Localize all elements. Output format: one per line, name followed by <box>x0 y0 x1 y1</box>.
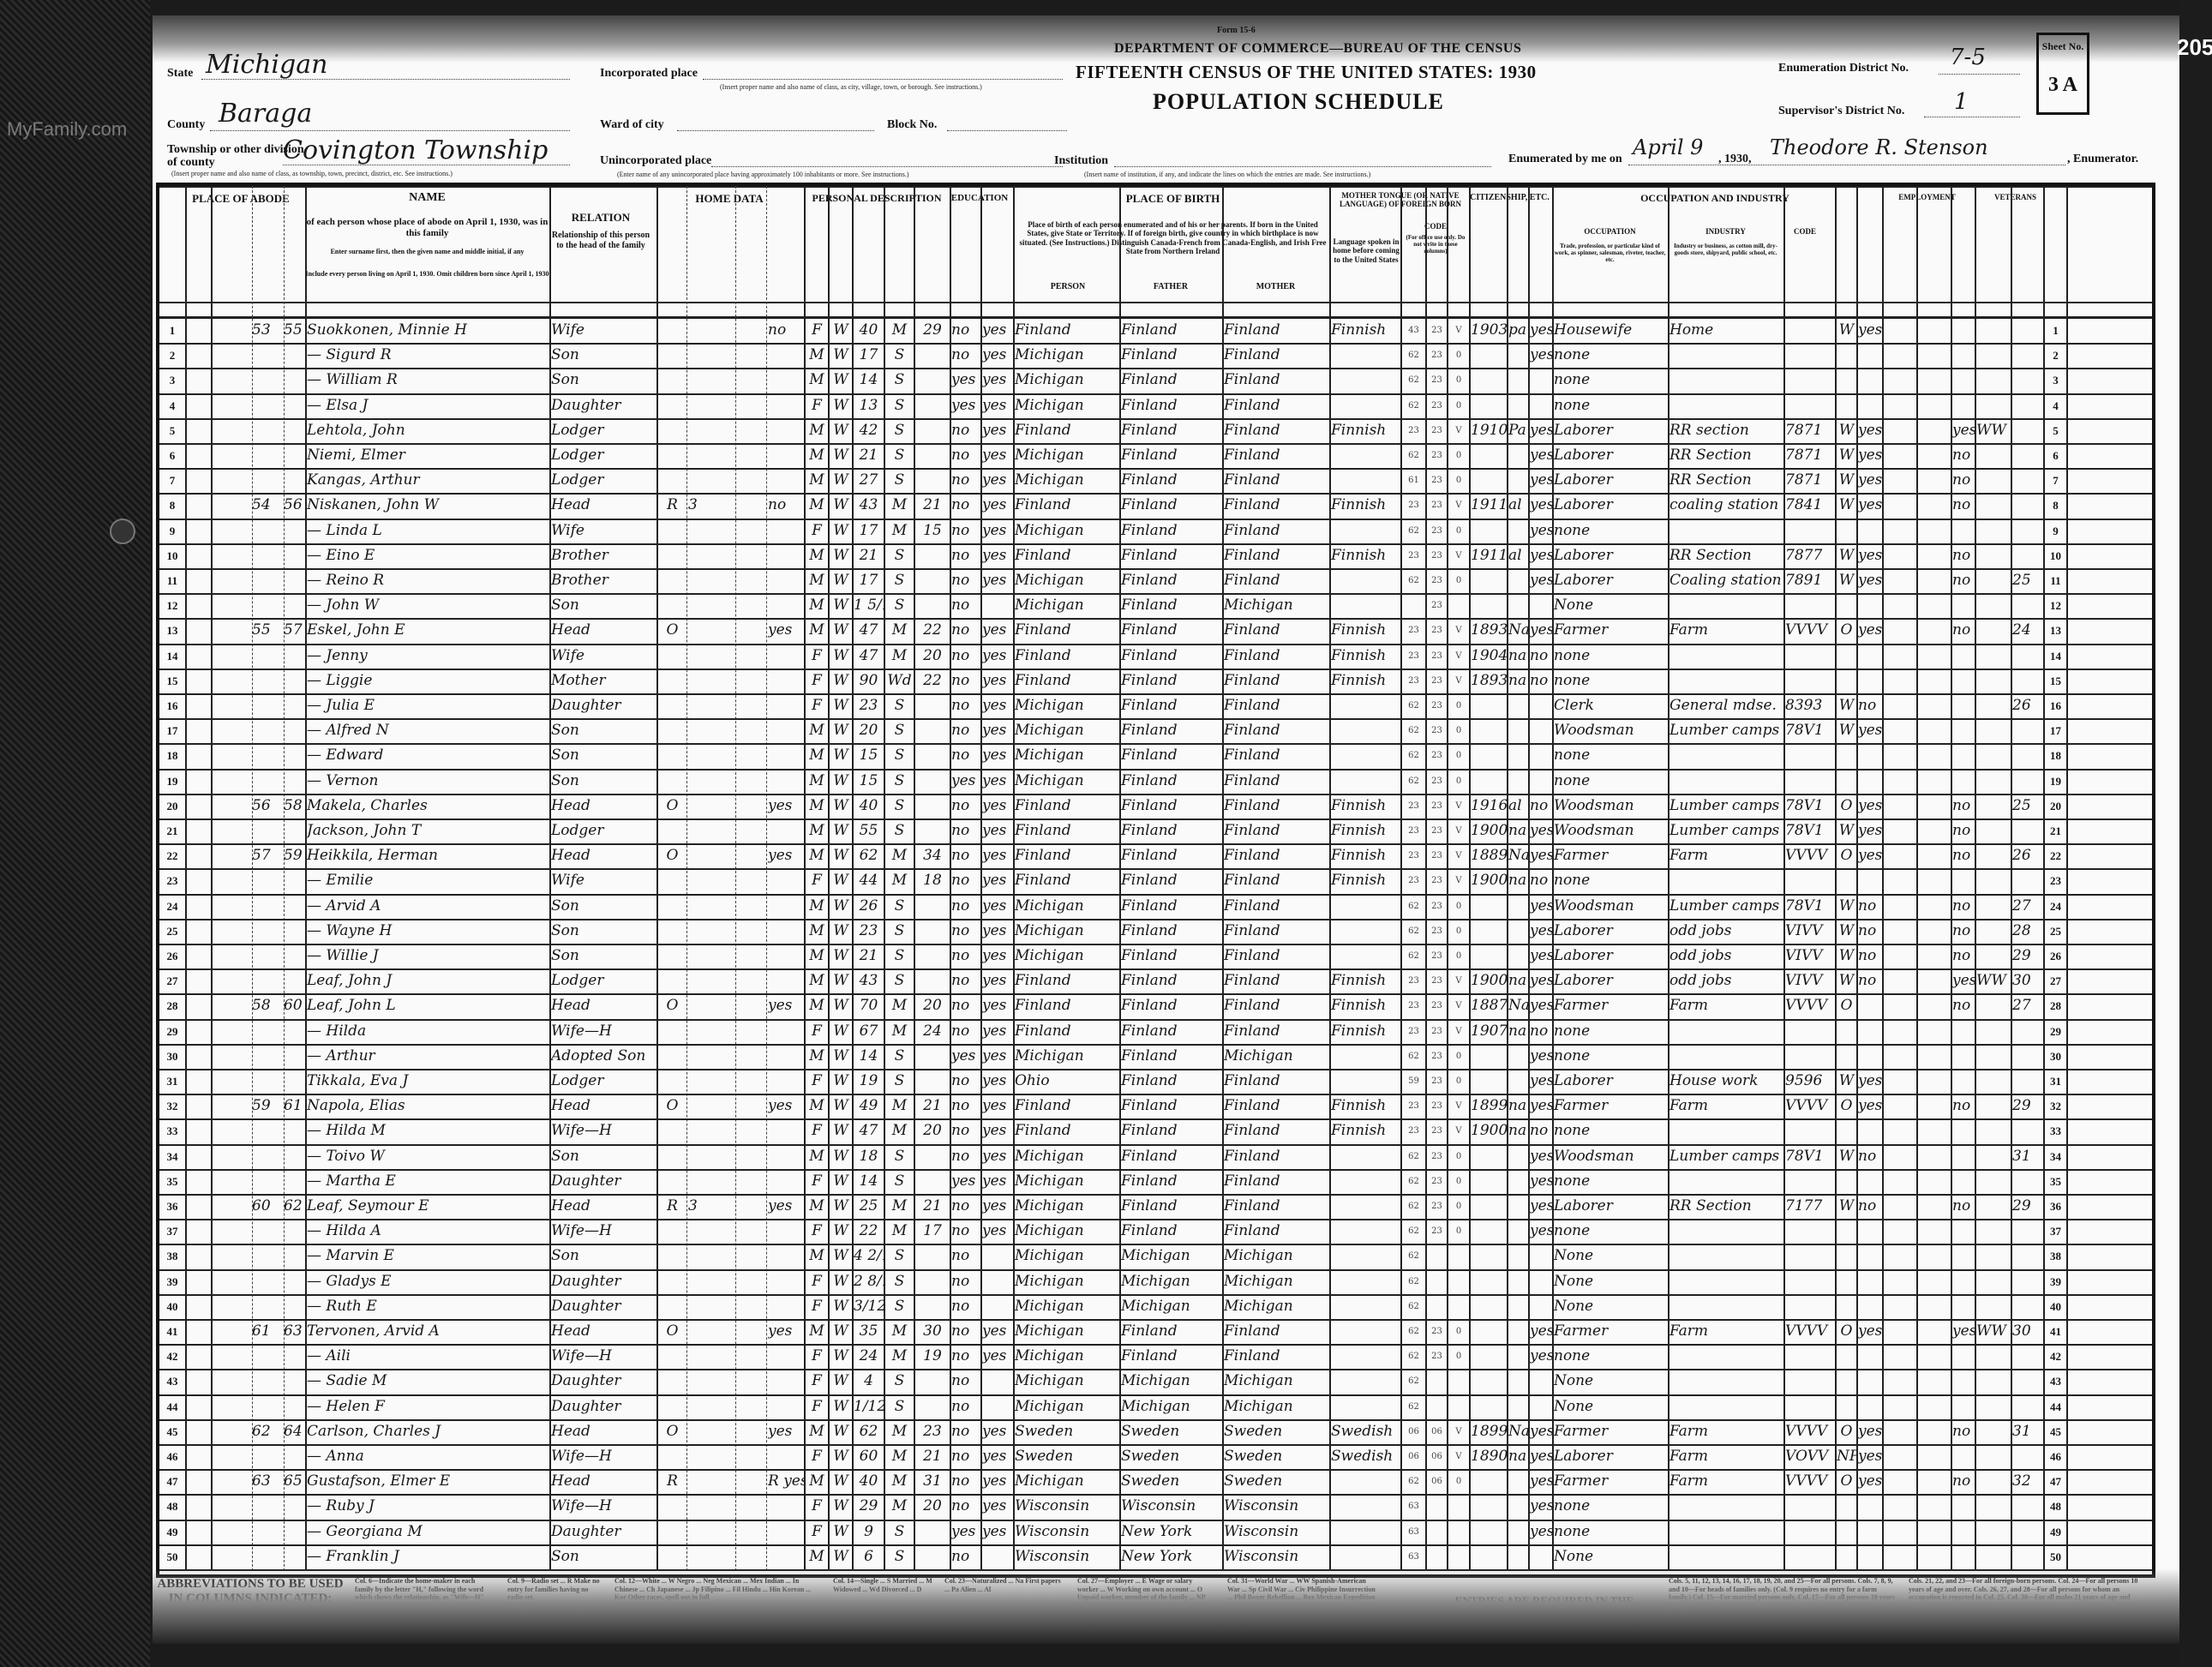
ward-label: Ward of city <box>600 118 664 132</box>
birthplace-father: Michigan <box>1121 1244 1222 1268</box>
employed <box>1858 868 1882 893</box>
birthplace-person: Michigan <box>1015 1194 1119 1219</box>
race: W <box>830 1369 852 1394</box>
occupation: none <box>1554 644 1668 669</box>
institution-note: (Insert name of institution, if any, and… <box>1084 171 1370 178</box>
farm-residence <box>768 519 804 543</box>
mother-tongue: Finnish <box>1331 868 1400 893</box>
employed: yes <box>1858 1444 1882 1469</box>
birthplace-person: Sweden <box>1015 1444 1119 1469</box>
line-number-right: 4 <box>2045 393 2066 418</box>
race: W <box>830 919 852 944</box>
naturalization: na <box>1508 1094 1528 1118</box>
war-service <box>1976 618 2011 643</box>
code-c: V <box>1448 543 1469 568</box>
line-number-right: 40 <box>2045 1294 2066 1319</box>
industry: Farm <box>1669 1419 1783 1444</box>
person-name: — Eino E <box>307 543 549 568</box>
immigration-year <box>1471 693 1507 718</box>
veteran: no <box>1952 493 1975 518</box>
industry-code: 78V1 <box>1785 718 1835 743</box>
dwelling-number: 54 <box>252 493 284 518</box>
line-number: 47 <box>159 1469 185 1494</box>
code-c <box>1448 1294 1469 1319</box>
industry <box>1669 368 1783 393</box>
class-of-worker <box>1837 1019 1856 1044</box>
family-number: 63 <box>284 1319 305 1344</box>
birthplace-mother: Finland <box>1224 669 1329 693</box>
line-number-right: 12 <box>2045 593 2066 618</box>
home-tenure: R <box>658 1194 686 1219</box>
relation: Brother <box>551 568 656 593</box>
occupation: Farmer <box>1554 1319 1668 1344</box>
attended-school: no <box>951 944 980 968</box>
war-service <box>1976 1544 2011 1569</box>
war-service <box>1976 1469 2011 1494</box>
veteran <box>1952 1344 1975 1369</box>
attended-school: yes <box>951 393 980 418</box>
age: 60 <box>854 1444 884 1469</box>
industry: Farm <box>1669 1469 1783 1494</box>
marital-condition: Wd <box>885 669 914 693</box>
home-tenure: R <box>658 493 686 518</box>
county-label: County <box>167 118 205 132</box>
veteran: no <box>1952 568 1975 593</box>
table-row: 85456Niskanen, John WHeadR3noMW43M21noye… <box>159 493 2152 519</box>
person-name: — Wayne H <box>307 919 549 944</box>
attended-school: no <box>951 819 980 843</box>
table-row: 9— Linda LWifeFW17M15noyesMichiganFinlan… <box>159 519 2152 545</box>
farm-schedule-number <box>2012 343 2043 368</box>
table-row: 205658Makela, CharlesHeadOyesMW40SnoyesF… <box>159 794 2152 820</box>
family-number: 57 <box>284 618 305 643</box>
line-number-right: 44 <box>2045 1394 2066 1419</box>
attended-school: no <box>951 644 980 669</box>
code-a: 63 <box>1402 1520 1425 1544</box>
employed <box>1858 519 1882 543</box>
farm-schedule-number: 27 <box>2012 894 2043 919</box>
farm-schedule-number <box>2012 1219 2043 1244</box>
home-tenure <box>658 568 686 593</box>
header-code: CODE <box>1402 222 1469 231</box>
birthplace-father: Finland <box>1121 519 1222 543</box>
sex: M <box>806 894 828 919</box>
code-a: 62 <box>1402 919 1425 944</box>
code-c: 0 <box>1448 1219 1469 1244</box>
sex: M <box>806 593 828 618</box>
age-first-marriage <box>915 443 950 468</box>
sex: M <box>806 618 828 643</box>
birthplace-father: Finland <box>1121 1144 1222 1169</box>
header-industry: INDUSTRY <box>1668 227 1783 236</box>
age-first-marriage <box>915 1144 950 1169</box>
home-value <box>688 1520 735 1544</box>
industry: odd jobs <box>1669 968 1783 993</box>
attended-school: no <box>951 343 980 368</box>
war-service <box>1976 1069 2011 1094</box>
marital-condition: M <box>885 493 914 518</box>
sex: F <box>806 1520 828 1544</box>
immigration-year <box>1471 568 1507 593</box>
line-number: 6 <box>159 443 185 468</box>
speaks-english: no <box>1530 868 1552 893</box>
code-c: V <box>1448 794 1469 819</box>
industry: Lumber camps <box>1669 1144 1783 1169</box>
relation: Daughter <box>551 693 656 718</box>
table-row: 46— AnnaWife—HFW60M21noyesSwedenSwedenSw… <box>159 1444 2152 1471</box>
industry-code: VVVV <box>1785 618 1835 643</box>
person-name: — Anna <box>307 1444 549 1469</box>
code-c: 0 <box>1448 1044 1469 1069</box>
industry-code <box>1785 368 1835 393</box>
home-tenure <box>658 1118 686 1143</box>
birthplace-person: Finland <box>1015 993 1119 1018</box>
dwelling-number <box>252 393 284 418</box>
war-service <box>1976 843 2011 868</box>
birthplace-mother: Finland <box>1224 919 1329 944</box>
line-number-right: 11 <box>2045 568 2066 593</box>
code-c: 0 <box>1448 443 1469 468</box>
birthplace-mother: Finland <box>1224 519 1329 543</box>
veteran: no <box>1952 543 1975 568</box>
code-a <box>1402 593 1425 618</box>
line-number: 18 <box>159 743 185 768</box>
age-first-marriage <box>915 1520 950 1544</box>
veteran: no <box>1952 1194 1975 1219</box>
age-first-marriage <box>915 418 950 443</box>
line-number-right: 19 <box>2045 769 2066 794</box>
immigration-year: 1893 <box>1471 669 1507 693</box>
sex: M <box>806 718 828 743</box>
code-a: 63 <box>1402 1494 1425 1519</box>
naturalization: na <box>1508 1444 1528 1469</box>
radio <box>737 318 766 343</box>
birthplace-mother: Finland <box>1224 1019 1329 1044</box>
line-number: 34 <box>159 1144 185 1169</box>
industry-code <box>1785 1344 1835 1369</box>
speaks-english: yes <box>1530 493 1552 518</box>
naturalization <box>1508 393 1528 418</box>
sex: M <box>806 443 828 468</box>
code-c: 0 <box>1448 1069 1469 1094</box>
immigration-year <box>1471 468 1507 493</box>
race: W <box>830 1294 852 1319</box>
radio <box>737 1194 766 1219</box>
person-name: Napola, Elias <box>307 1094 549 1118</box>
industry <box>1669 769 1783 794</box>
age: 43 <box>854 493 884 518</box>
sheet-number-box: Sheet No. 3 A <box>2036 33 2089 115</box>
relation: Wife—H <box>551 1444 656 1469</box>
class-of-worker: W <box>1837 1144 1856 1169</box>
header-code-desc: (For office use only. Do not write in th… <box>1402 234 1469 255</box>
naturalization <box>1508 343 1528 368</box>
township-value: Covington Township <box>283 135 548 165</box>
family-number <box>284 1244 305 1268</box>
relation: Daughter <box>551 1169 656 1194</box>
war-service: WW <box>1976 968 2011 993</box>
birthplace-father: Finland <box>1121 944 1222 968</box>
race: W <box>830 1044 852 1069</box>
employed <box>1858 1494 1882 1519</box>
marital-condition: S <box>885 368 914 393</box>
mother-tongue: Finnish <box>1331 1118 1400 1143</box>
home-tenure <box>658 1444 686 1469</box>
birthplace-mother: Finland <box>1224 894 1329 919</box>
table-row: 2— Sigurd RSonMW17SnoyesMichiganFinlandF… <box>159 343 2152 369</box>
birthplace-father: Michigan <box>1121 1394 1222 1419</box>
sex: M <box>806 1144 828 1169</box>
literacy: yes <box>982 1219 1013 1244</box>
marital-condition: S <box>885 593 914 618</box>
relation: Head <box>551 618 656 643</box>
immigration-year <box>1471 1244 1507 1268</box>
race: W <box>830 1094 852 1118</box>
birthplace-mother: Michigan <box>1224 1044 1329 1069</box>
home-tenure: R <box>658 1469 686 1494</box>
birthplace-mother: Finland <box>1224 743 1329 768</box>
industry-code <box>1785 343 1835 368</box>
birthplace-person: Finland <box>1015 543 1119 568</box>
farm-schedule-number: 31 <box>2012 1144 2043 1169</box>
birthplace-mother: Finland <box>1224 1069 1329 1094</box>
birthplace-person: Finland <box>1015 1019 1119 1044</box>
speaks-english: yes <box>1530 418 1552 443</box>
birthplace-person: Finland <box>1015 794 1119 819</box>
age-first-marriage <box>915 718 950 743</box>
naturalization <box>1508 1544 1528 1569</box>
age-first-marriage: 34 <box>915 843 950 868</box>
table-row: 11— Reino RBrotherMW17SnoyesMichiganFinl… <box>159 568 2152 595</box>
employed <box>1858 1019 1882 1044</box>
class-of-worker: O <box>1837 1419 1856 1444</box>
line-number-right: 8 <box>2045 493 2066 518</box>
literacy: yes <box>982 743 1013 768</box>
birthplace-person: Sweden <box>1015 1419 1119 1444</box>
class-of-worker <box>1837 769 1856 794</box>
home-tenure <box>658 1019 686 1044</box>
veteran <box>1952 1144 1975 1169</box>
naturalization <box>1508 1319 1528 1344</box>
home-value <box>688 819 735 843</box>
home-value: 3 <box>688 1194 735 1219</box>
code-a: 06 <box>1402 1444 1425 1469</box>
code-a: 23 <box>1402 819 1425 843</box>
table-row: 5Lehtola, JohnLodgerMW42SnoyesFinlandFin… <box>159 418 2152 445</box>
home-tenure <box>658 868 686 893</box>
literacy: yes <box>982 693 1013 718</box>
relation: Lodger <box>551 418 656 443</box>
family-number <box>284 1444 305 1469</box>
speaks-english: yes <box>1530 1520 1552 1544</box>
age-first-marriage <box>915 968 950 993</box>
line-number: 50 <box>159 1544 185 1569</box>
person-name: Carlson, Charles J <box>307 1419 549 1444</box>
code-c: V <box>1448 418 1469 443</box>
speaks-english <box>1530 743 1552 768</box>
supervisor-district-label: Supervisor's District No. <box>1778 105 1904 118</box>
employed: yes <box>1858 819 1882 843</box>
family-number <box>284 1344 305 1369</box>
race: W <box>830 368 852 393</box>
industry-code <box>1785 1394 1835 1419</box>
employed: yes <box>1858 1319 1882 1344</box>
birthplace-mother: Finland <box>1224 343 1329 368</box>
immigration-year: 1890 <box>1471 1444 1507 1469</box>
home-value <box>688 1044 735 1069</box>
occupation: None <box>1554 1544 1668 1569</box>
marital-condition: S <box>885 1294 914 1319</box>
home-tenure <box>658 1069 686 1094</box>
marital-condition: S <box>885 769 914 794</box>
immigration-year <box>1471 1044 1507 1069</box>
home-tenure <box>658 894 686 919</box>
line-number: 42 <box>159 1344 185 1369</box>
relation: Daughter <box>551 1394 656 1419</box>
department-title: DEPARTMENT OF COMMERCE—BUREAU OF THE CEN… <box>1114 41 1521 57</box>
naturalization: na <box>1508 868 1528 893</box>
home-value <box>688 693 735 718</box>
age: 24 <box>854 1344 884 1369</box>
speaks-english: yes <box>1530 1319 1552 1344</box>
radio <box>737 1019 766 1044</box>
code-b: 23 <box>1427 794 1447 819</box>
farm-schedule-number <box>2012 1069 2043 1094</box>
attended-school: no <box>951 1494 980 1519</box>
line-number: 23 <box>159 868 185 893</box>
farm-schedule-number <box>2012 1169 2043 1194</box>
code-b: 23 <box>1427 919 1447 944</box>
naturalization <box>1508 368 1528 393</box>
birthplace-person: Michigan <box>1015 1294 1119 1319</box>
line-number-right: 2 <box>2045 343 2066 368</box>
employed: yes <box>1858 1469 1882 1494</box>
birthplace-father: Finland <box>1121 543 1222 568</box>
table-row: 21Jackson, John TLodgerMW55SnoyesFinland… <box>159 819 2152 845</box>
naturalization <box>1508 944 1528 968</box>
home-value <box>688 1419 735 1444</box>
industry <box>1669 1494 1783 1519</box>
family-number <box>284 644 305 669</box>
code-c: 0 <box>1448 919 1469 944</box>
birthplace-person: Michigan <box>1015 568 1119 593</box>
speaks-english: yes <box>1530 1044 1552 1069</box>
relation: Son <box>551 769 656 794</box>
farm-schedule-number: 29 <box>2012 1194 2043 1219</box>
home-tenure <box>658 1269 686 1294</box>
occupation: none <box>1554 1219 1668 1244</box>
line-number-right: 18 <box>2045 743 2066 768</box>
farm-residence <box>768 568 804 593</box>
veteran <box>1952 1494 1975 1519</box>
employed: no <box>1858 919 1882 944</box>
mother-tongue: Swedish <box>1331 1444 1400 1469</box>
header-name: NAME <box>305 191 549 205</box>
industry-code: VVVV <box>1785 993 1835 1018</box>
code-a: 62 <box>1402 368 1425 393</box>
home-value <box>688 418 735 443</box>
code-b: 23 <box>1427 1169 1447 1194</box>
veteran: no <box>1952 944 1975 968</box>
attended-school: no <box>951 1394 980 1419</box>
birthplace-mother: Finland <box>1224 944 1329 968</box>
code-b: 23 <box>1427 819 1447 843</box>
age-first-marriage <box>915 944 950 968</box>
war-service <box>1976 1294 2011 1319</box>
line-number-right: 16 <box>2045 693 2066 718</box>
code-a: 62 <box>1402 693 1425 718</box>
sex: M <box>806 944 828 968</box>
occupation: none <box>1554 1044 1668 1069</box>
immigration-year <box>1471 393 1507 418</box>
farm-residence <box>768 868 804 893</box>
birthplace-father: Finland <box>1121 693 1222 718</box>
occupation: Laborer <box>1554 468 1668 493</box>
enumerator-name: Theodore R. Stenson <box>1770 135 1988 159</box>
marital-condition: M <box>885 1444 914 1469</box>
home-tenure <box>658 1544 686 1569</box>
table-row: 225759Heikkila, HermanHeadOyesMW62M34noy… <box>159 843 2152 870</box>
home-value <box>688 1144 735 1169</box>
age: 17 <box>854 343 884 368</box>
sex: F <box>806 318 828 343</box>
attended-school: no <box>951 468 980 493</box>
veteran <box>1952 1369 1975 1394</box>
naturalization: na <box>1508 1019 1528 1044</box>
mother-tongue <box>1331 1269 1400 1294</box>
code-a: 23 <box>1402 968 1425 993</box>
birthplace-person: Wisconsin <box>1015 1520 1119 1544</box>
home-tenure <box>658 1044 686 1069</box>
veteran <box>1952 868 1975 893</box>
sex: M <box>806 794 828 819</box>
code-a: 62 <box>1402 393 1425 418</box>
race: W <box>830 343 852 368</box>
war-service <box>1976 343 2011 368</box>
code-b: 23 <box>1427 443 1447 468</box>
farm-residence <box>768 718 804 743</box>
relation: Son <box>551 343 656 368</box>
home-tenure <box>658 543 686 568</box>
class-of-worker: W <box>1837 1069 1856 1094</box>
immigration-year: 1907 <box>1471 1019 1507 1044</box>
sex: M <box>806 468 828 493</box>
marital-condition: M <box>885 1319 914 1344</box>
occupation: None <box>1554 1294 1668 1319</box>
home-value <box>688 968 735 993</box>
radio <box>737 618 766 643</box>
home-value <box>688 1069 735 1094</box>
person-name: — Marvin E <box>307 1244 549 1268</box>
birthplace-person: Michigan <box>1015 1319 1119 1344</box>
line-number: 39 <box>159 1269 185 1294</box>
farm-schedule-number <box>2012 1394 2043 1419</box>
home-value <box>688 1118 735 1143</box>
immigration-year <box>1471 919 1507 944</box>
attended-school: yes <box>951 1520 980 1544</box>
literacy: yes <box>982 944 1013 968</box>
immigration-year: 1910 <box>1471 418 1507 443</box>
age-first-marriage <box>915 1069 950 1094</box>
person-name: — William R <box>307 368 549 393</box>
employed <box>1858 593 1882 618</box>
code-c <box>1448 1394 1469 1419</box>
mother-tongue: Finnish <box>1331 418 1400 443</box>
occupation: none <box>1554 519 1668 543</box>
code-a: 23 <box>1402 644 1425 669</box>
birthplace-person: Finland <box>1015 618 1119 643</box>
class-of-worker: W <box>1837 693 1856 718</box>
